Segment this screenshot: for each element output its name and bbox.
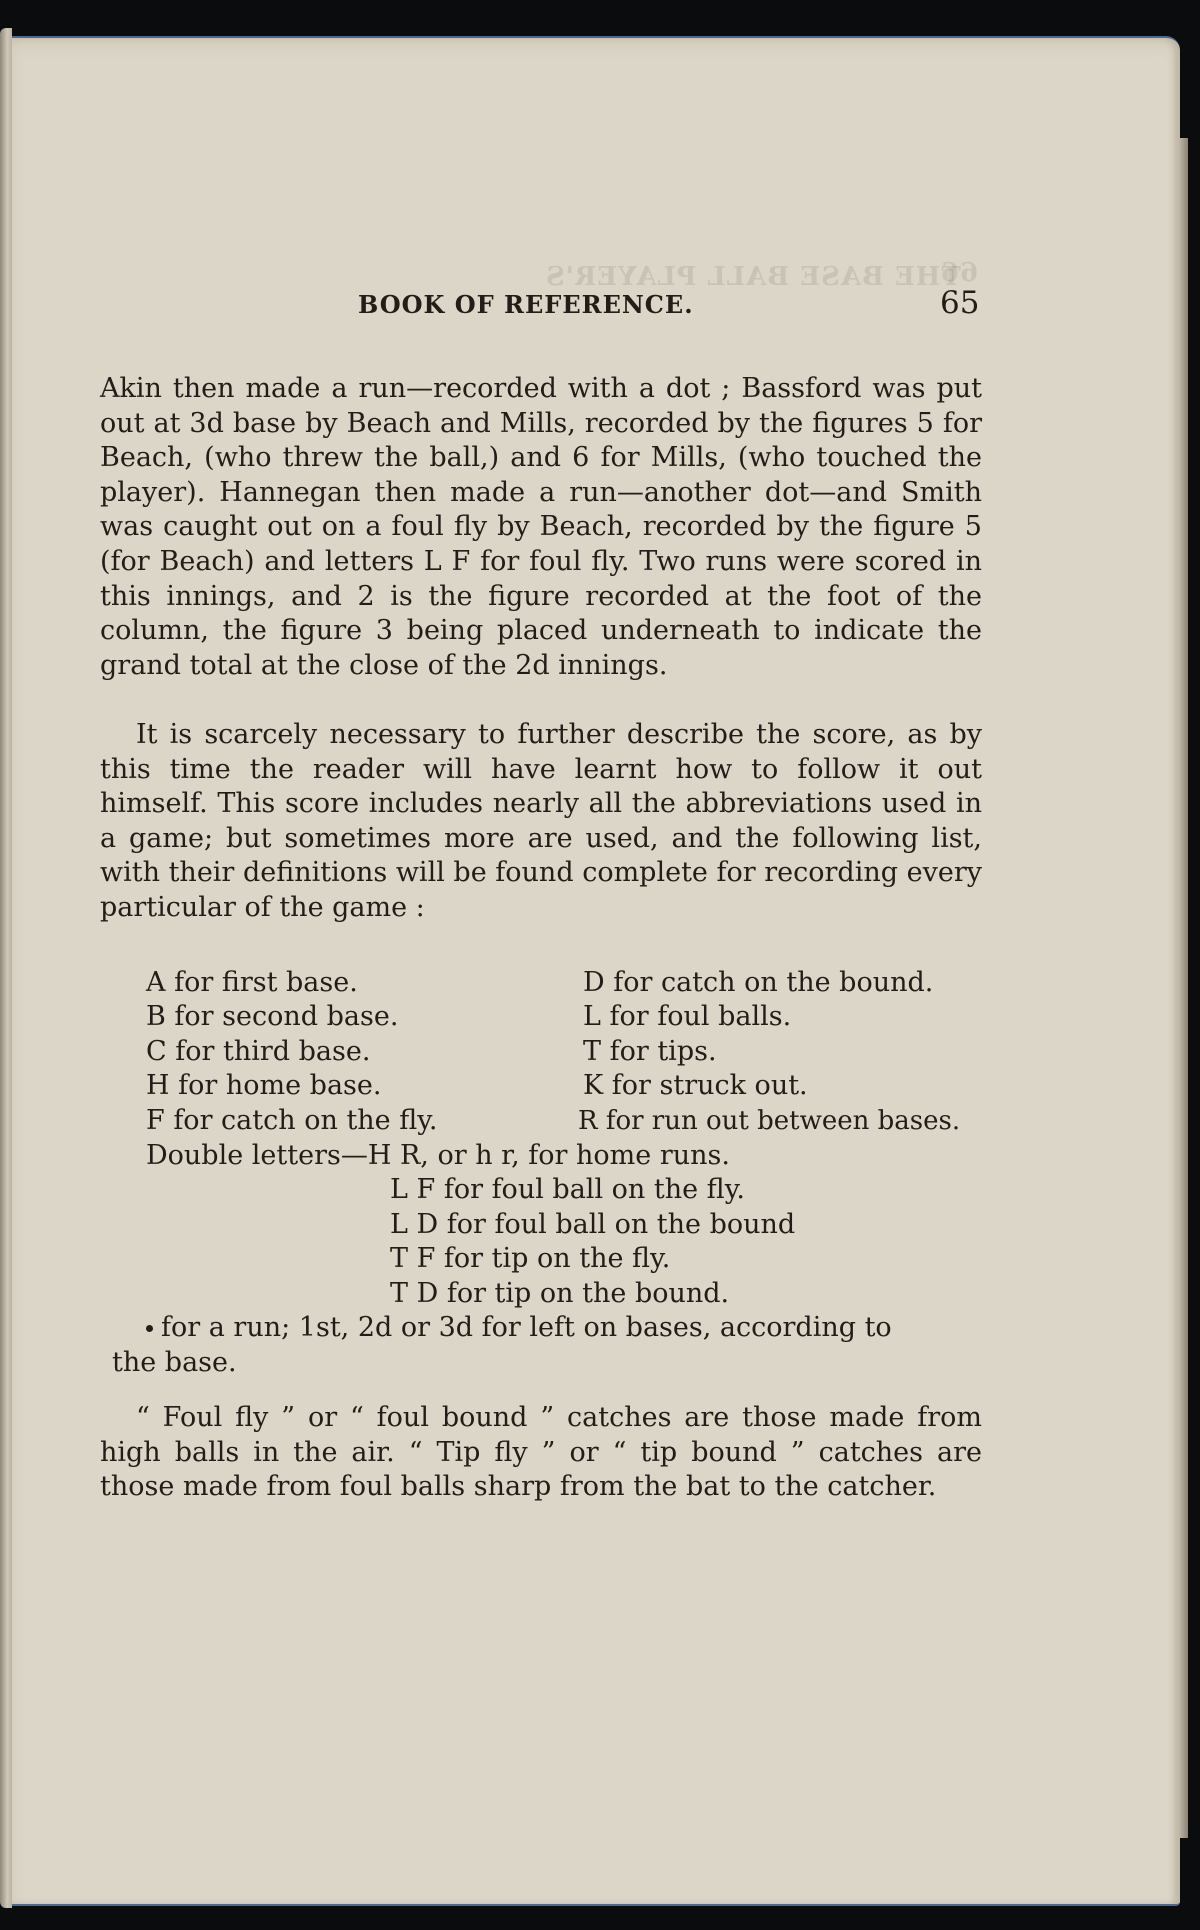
dot-note-continued: the base. — [112, 1346, 237, 1381]
bleed-through-head: THE BASE BALL PLAYER'S — [545, 262, 961, 292]
double-letter-2: L D for foul ball on the bound — [390, 1208, 795, 1243]
abbr-right-2: L for foul balls. — [583, 1000, 791, 1035]
body-paragraph-2: It is scarcely necessary to further desc… — [100, 718, 982, 926]
abbr-right-4: K for struck out. — [583, 1069, 808, 1104]
abbr-left-4: H for home base. — [146, 1069, 381, 1104]
abbr-left-1: A for first base. — [146, 966, 358, 1001]
double-letter-1: L F for foul ball on the fly. — [390, 1173, 745, 1208]
abbr-right-3: T for tips. — [583, 1035, 717, 1070]
abbr-right-1: D for catch on the bound. — [583, 966, 933, 1001]
double-letter-3: T F for tip on the fly. — [390, 1242, 670, 1277]
double-letter-4: T D for tip on the bound. — [390, 1277, 729, 1312]
page-number: 65 — [940, 285, 979, 321]
dot-note: for a run; 1st, 2d or 3d for left on bas… — [146, 1311, 892, 1346]
paragraph-text: Akin then made a run—recorded with a dot… — [100, 372, 982, 683]
paragraph-text: It is scarcely necessary to further desc… — [100, 718, 982, 926]
double-letters-intro: Double letters—H R, or h r, for home run… — [146, 1139, 730, 1174]
adjacent-page-edge — [0, 28, 12, 1908]
running-head: BOOK OF REFERENCE. — [358, 290, 694, 319]
dot-symbol-icon — [146, 1325, 153, 1332]
abbr-left-2: B for second base. — [146, 1000, 398, 1035]
abbr-right-5: R for run out between bases. — [578, 1104, 960, 1139]
abbr-left-5: F for catch on the fly. — [146, 1104, 438, 1139]
abbr-left-3: C for third base. — [146, 1035, 370, 1070]
page-stack-edge — [1180, 138, 1188, 1838]
paragraph-text: “ Foul fly ” or “ foul bound ” catches a… — [100, 1401, 982, 1505]
dot-note-text: for a run; 1st, 2d or 3d for left on bas… — [161, 1312, 892, 1343]
bleed-through-number: 66 — [940, 258, 978, 288]
body-paragraph-1: Akin then made a run—recorded with a dot… — [100, 372, 982, 683]
closing-paragraph: “ Foul fly ” or “ foul bound ” catches a… — [100, 1401, 982, 1505]
